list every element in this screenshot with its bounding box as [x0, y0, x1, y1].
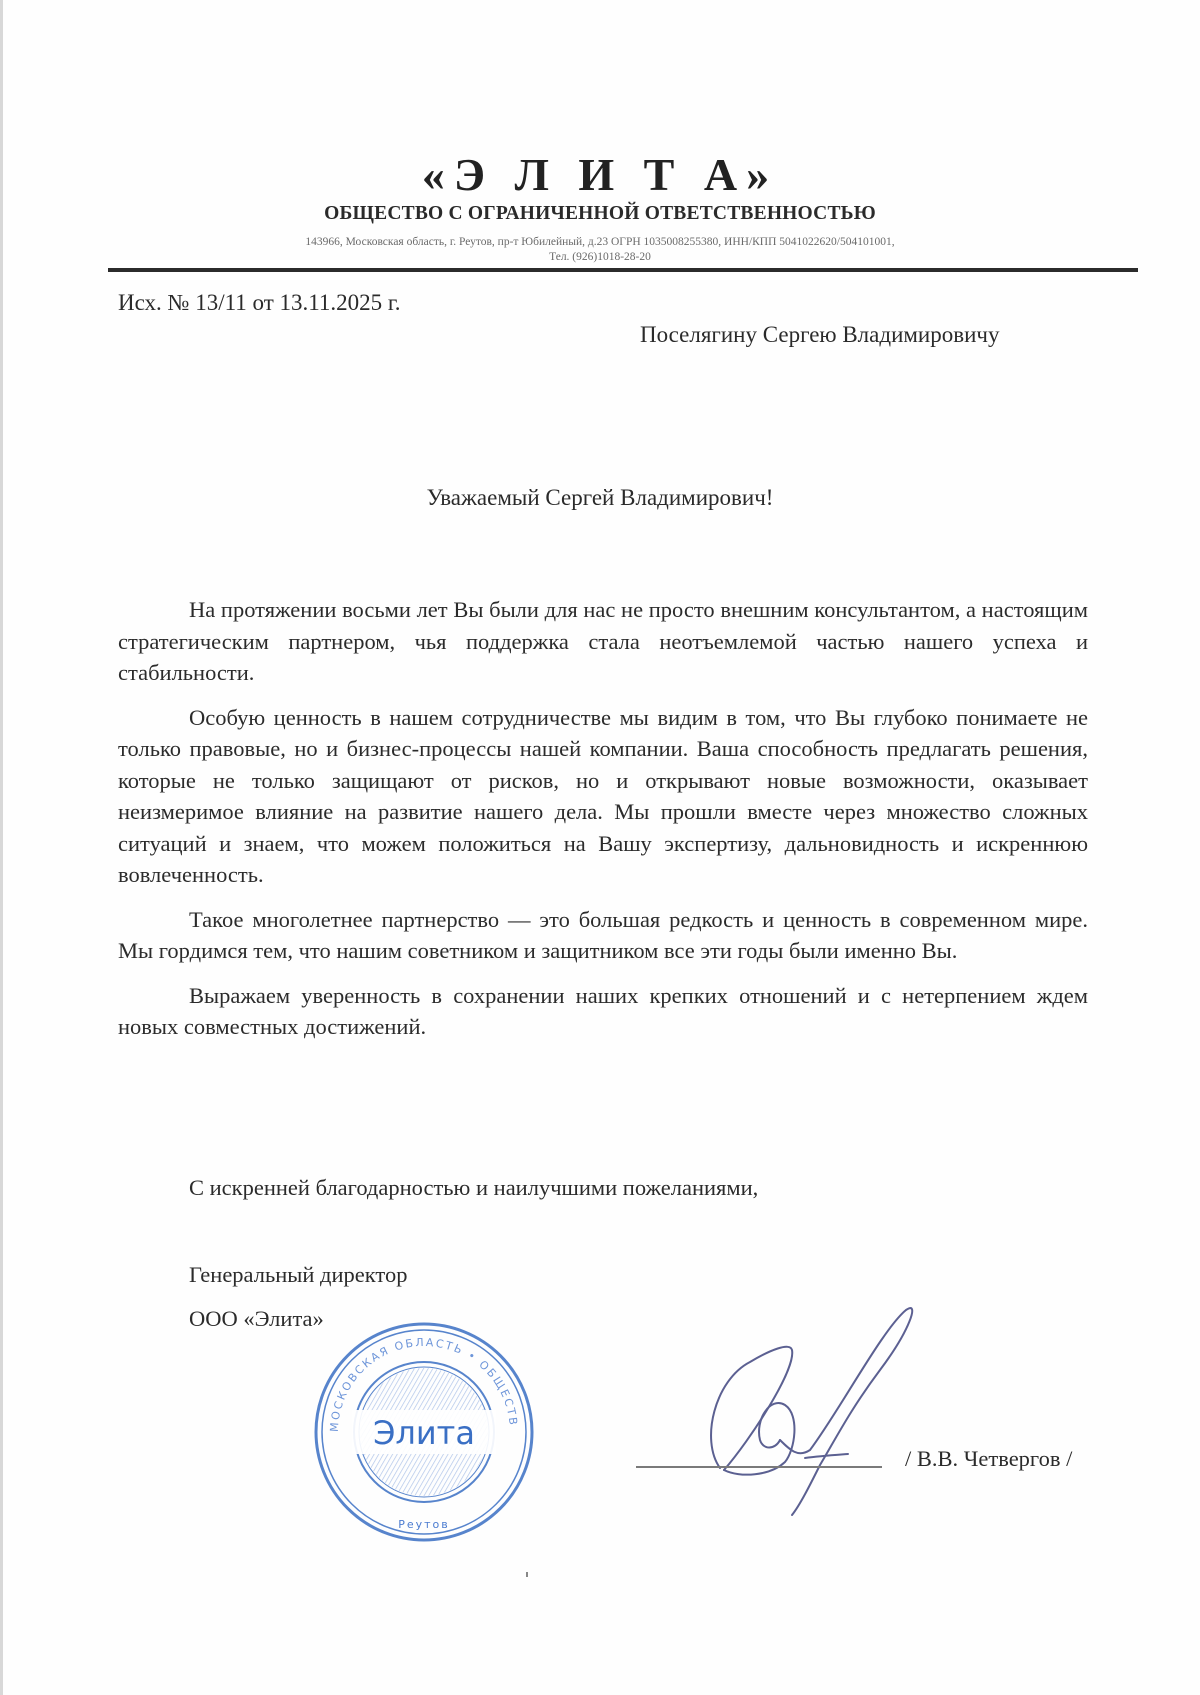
body-paragraph: Особую ценность в нашем сотрудничестве м… [118, 702, 1088, 891]
signatory-company: ООО «Элита» [189, 1306, 324, 1332]
company-legal-form: ОБЩЕСТВО С ОГРАНИЧЕННОЙ ОТВЕТСТВЕННОСТЬЮ [0, 203, 1200, 225]
closing-phrase: С искренней благодарностью и наилучшими … [189, 1175, 758, 1201]
salutation: Уважаемый Сергей Владимирович! [0, 485, 1200, 511]
seal-city-text: Реутов [398, 1518, 450, 1531]
signature-icon [620, 1290, 920, 1520]
letter-page: «Э Л И Т А» ОБЩЕСТВО С ОГРАНИЧЕННОЙ ОТВЕ… [0, 0, 1200, 1695]
outgoing-reference: Исх. № 13/11 от 13.11.2025 г. [118, 290, 400, 316]
company-seal-icon: МОСКОВСКАЯ ОБЛАСТЬ • ОБЩЕСТВО С ОГРАНИЧЕ… [308, 1320, 540, 1545]
address-line-2: Тел. (926)1018-28-20 [0, 250, 1200, 265]
header-divider [108, 268, 1138, 272]
signature-line [636, 1466, 882, 1468]
body-paragraph: Выражаем уверенность в сохранении наших … [118, 980, 1088, 1043]
signatory-name: / В.В. Четвергов / [905, 1446, 1072, 1472]
scan-speck [526, 1572, 528, 1577]
body-paragraph: На протяжении восьми лет Вы были для нас… [118, 594, 1088, 689]
company-address: 143966, Московская область, г. Реутов, п… [0, 235, 1200, 265]
body-paragraph: Такое многолетнее партнерство — это боль… [118, 904, 1088, 967]
address-line-1: 143966, Московская область, г. Реутов, п… [0, 235, 1200, 250]
company-name: «Э Л И Т А» [0, 148, 1200, 201]
letter-body: На протяжении восьми лет Вы были для нас… [118, 594, 1088, 1056]
seal-center-text: Элита [373, 1414, 475, 1452]
signatory-position: Генеральный директор [189, 1262, 407, 1288]
recipient-name: Поселягину Сергею Владимировичу [640, 322, 999, 348]
